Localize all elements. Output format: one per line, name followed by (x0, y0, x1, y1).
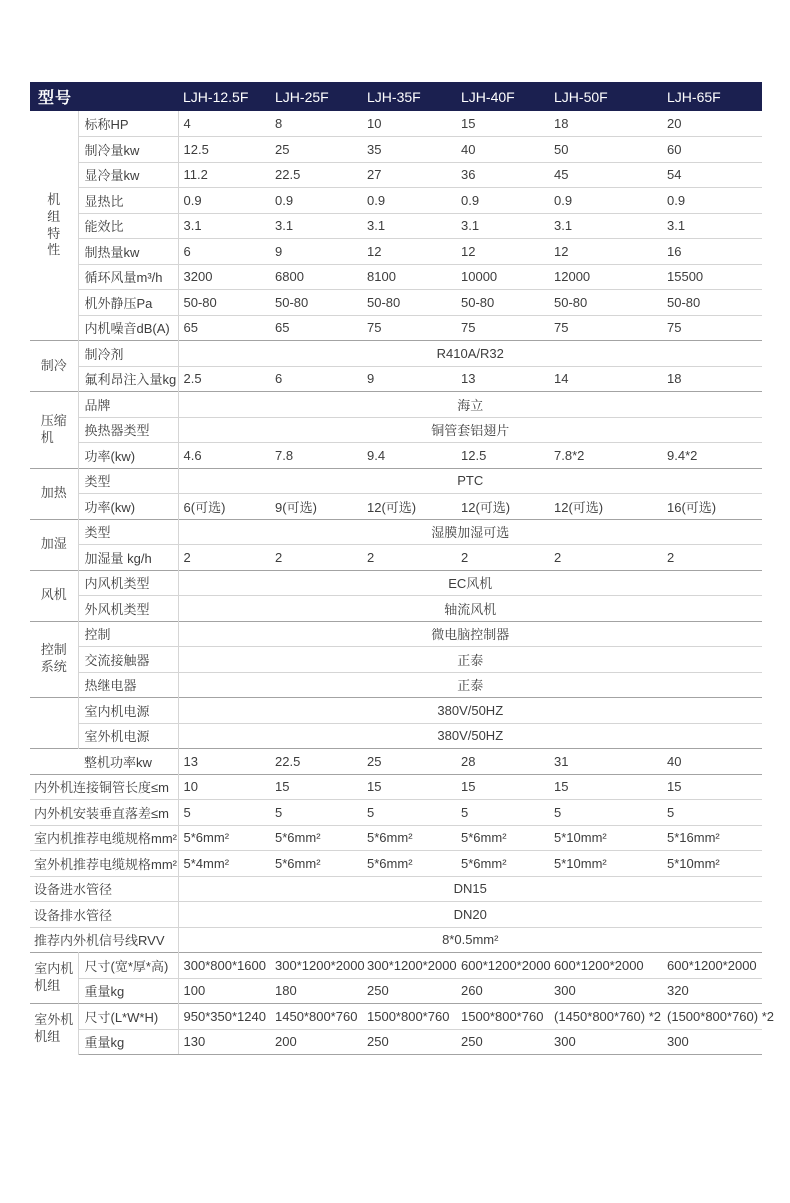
value-cell: 50-80 (270, 290, 362, 316)
value-cell: 250 (456, 1029, 549, 1055)
value-cell: 65 (270, 315, 362, 341)
value-cell: 5 (178, 800, 270, 826)
value-cell: 1500*800*760 (362, 1004, 456, 1030)
value-cell: 5 (362, 800, 456, 826)
value-cell: 50-80 (178, 290, 270, 316)
table-row: 风机内风机类型EC风机 (30, 570, 762, 596)
value-cell: 7.8*2 (549, 443, 662, 469)
value-cell: 5*16mm² (662, 825, 762, 851)
row-label: 重量kg (78, 1029, 178, 1055)
value-cell: 7.8 (270, 443, 362, 469)
value-cell: 54 (662, 162, 762, 188)
table-row: 显热比0.90.90.90.90.90.9 (30, 188, 762, 214)
value-cell: 15 (456, 774, 549, 800)
value-cell: 5 (270, 800, 362, 826)
value-cell: 12 (362, 239, 456, 265)
value-cell: 5*6mm² (270, 825, 362, 851)
value-cell: 300*1200*2000 (270, 953, 362, 979)
value-cell: 6 (178, 239, 270, 265)
value-cell: 13 (178, 749, 270, 775)
value-cell: 250 (362, 1029, 456, 1055)
model-header-cell: LJH-65F (662, 82, 762, 111)
value-cell: 5 (662, 800, 762, 826)
value-cell: 320 (662, 978, 762, 1004)
value-cell: 600*1200*2000 (549, 953, 662, 979)
value-cell: 75 (362, 315, 456, 341)
value-cell: 250 (362, 978, 456, 1004)
value-cell: 15 (549, 774, 662, 800)
value-cell: 0.9 (362, 188, 456, 214)
table-row: 室外机 机组尺寸(L*W*H)950*350*12401450*800*7601… (30, 1004, 762, 1030)
value-cell: 100 (178, 978, 270, 1004)
value-cell: 2 (549, 545, 662, 571)
group-cell: 控制 系统 (30, 621, 78, 698)
row-label: 热继电器 (78, 672, 178, 698)
group-label: 室内机 机组 (34, 961, 73, 995)
group-cell: 室内机 机组 (30, 953, 78, 1004)
value-cell: 0.9 (178, 188, 270, 214)
value-cell: 50-80 (362, 290, 456, 316)
row-label: 换热器类型 (78, 417, 178, 443)
model-header-cell: LJH-25F (270, 82, 362, 111)
model-header-cell: LJH-12.5F (178, 82, 270, 111)
value-cell: 9.4 (362, 443, 456, 469)
value-cell: 25 (362, 749, 456, 775)
value-cell: 12(可选) (362, 494, 456, 520)
row-label: 交流接触器 (78, 647, 178, 673)
table-row: 交流接触器正泰 (30, 647, 762, 673)
row-label: 显冷量kw (78, 162, 178, 188)
value-cell: 300 (662, 1029, 762, 1055)
span-value-cell: 正泰 (178, 672, 762, 698)
value-cell: 5 (456, 800, 549, 826)
value-cell: 1500*800*760 (456, 1004, 549, 1030)
value-cell: 300*800*1600 (178, 953, 270, 979)
span-value-cell: DN15 (178, 876, 762, 902)
row-label: 品牌 (78, 392, 178, 418)
row-label: 设备进水管径 (30, 876, 178, 902)
table-header: 型号 LJH-12.5F LJH-25F LJH-35F LJH-40F LJH… (30, 82, 762, 111)
value-cell: 5*4mm² (178, 851, 270, 877)
value-cell: 6800 (270, 264, 362, 290)
table-row: 控制 系统控制微电脑控制器 (30, 621, 762, 647)
row-label: 功率(kw) (78, 443, 178, 469)
row-label: 类型 (78, 468, 178, 494)
group-label: 室外机 机组 (34, 1012, 73, 1046)
header-row: 型号 LJH-12.5F LJH-25F LJH-35F LJH-40F LJH… (30, 82, 762, 111)
value-cell: 5*10mm² (662, 851, 762, 877)
table-row: 热继电器正泰 (30, 672, 762, 698)
row-label: 功率(kw) (78, 494, 178, 520)
table-row: 设备排水管径DN20 (30, 902, 762, 928)
table-body: 机 组 特 性标称HP4810151820制冷量kw12.52535405060… (30, 111, 762, 1055)
value-cell: 600*1200*2000 (662, 953, 762, 979)
value-cell: 27 (362, 162, 456, 188)
row-label: 内外机连接铜管长度≤m (30, 774, 178, 800)
value-cell: 5*6mm² (362, 825, 456, 851)
value-cell: 15 (270, 774, 362, 800)
value-cell: 2 (362, 545, 456, 571)
table-row: 制热量kw6912121216 (30, 239, 762, 265)
value-cell: 260 (456, 978, 549, 1004)
span-value-cell: 微电脑控制器 (178, 621, 762, 647)
row-label: 室内机电源 (78, 698, 178, 724)
value-cell: 600*1200*2000 (456, 953, 549, 979)
table-row: 氟利昂注入量kg2.569131418 (30, 366, 762, 392)
value-cell: 0.9 (270, 188, 362, 214)
value-cell: 2 (456, 545, 549, 571)
value-cell: 3.1 (662, 213, 762, 239)
group-label: 风机 (41, 587, 67, 604)
value-cell: 5*6mm² (362, 851, 456, 877)
table-row: 换热器类型铜管套铝翅片 (30, 417, 762, 443)
value-cell: 2 (178, 545, 270, 571)
value-cell: 18 (662, 366, 762, 392)
row-label: 整机功率kw (30, 749, 178, 775)
value-cell: 10000 (456, 264, 549, 290)
model-header-cell: LJH-40F (456, 82, 549, 111)
value-cell: 2 (662, 545, 762, 571)
row-label: 循环风量m³/h (78, 264, 178, 290)
value-cell: 16 (662, 239, 762, 265)
group-label: 机 组 特 性 (47, 192, 60, 260)
span-value-cell: EC风机 (178, 570, 762, 596)
value-cell: 12(可选) (456, 494, 549, 520)
value-cell: 15500 (662, 264, 762, 290)
value-cell: 3.1 (549, 213, 662, 239)
page: { "colors":{ "header_bg":"#1b2050", "hea… (0, 0, 790, 1203)
span-value-cell: 轴流风机 (178, 596, 762, 622)
row-label: 内风机类型 (78, 570, 178, 596)
row-label: 氟利昂注入量kg (78, 366, 178, 392)
value-cell: 14 (549, 366, 662, 392)
table-row: 压缩 机品牌海立 (30, 392, 762, 418)
row-label: 机外静压Pa (78, 290, 178, 316)
row-label: 重量kg (78, 978, 178, 1004)
table-row: 外风机类型轴流风机 (30, 596, 762, 622)
table-row: 加热类型PTC (30, 468, 762, 494)
value-cell: 1450*800*760 (270, 1004, 362, 1030)
value-cell: 0.9 (662, 188, 762, 214)
value-cell: 130 (178, 1029, 270, 1055)
value-cell: (1450*800*760) *2 (549, 1004, 662, 1030)
value-cell: 10 (178, 774, 270, 800)
value-cell: 300*1200*2000 (362, 953, 456, 979)
table-row: 功率(kw)4.67.89.412.57.8*29.4*2 (30, 443, 762, 469)
value-cell: 18 (549, 111, 662, 137)
value-cell: 5 (549, 800, 662, 826)
row-label: 控制 (78, 621, 178, 647)
table-row: 室内机电源380V/50HZ (30, 698, 762, 724)
table-row: 推荐内外机信号线RVV8*0.5mm² (30, 927, 762, 953)
value-cell: 31 (549, 749, 662, 775)
value-cell: 2.5 (178, 366, 270, 392)
span-value-cell: 正泰 (178, 647, 762, 673)
table-row: 机 组 特 性标称HP4810151820 (30, 111, 762, 137)
value-cell: 12(可选) (549, 494, 662, 520)
row-label: 内机噪音dB(A) (78, 315, 178, 341)
table-row: 功率(kw)6(可选)9(可选)12(可选)12(可选)12(可选)16(可选) (30, 494, 762, 520)
group-cell: 风机 (30, 570, 78, 621)
value-cell: 9.4*2 (662, 443, 762, 469)
value-cell: 13 (456, 366, 549, 392)
value-cell: 6 (270, 366, 362, 392)
value-cell: 12.5 (178, 137, 270, 163)
group-cell: 加热 (30, 468, 78, 519)
table-row: 内外机连接铜管长度≤m101515151515 (30, 774, 762, 800)
row-label: 制热量kw (78, 239, 178, 265)
group-cell: 加湿 (30, 519, 78, 570)
value-cell: 180 (270, 978, 362, 1004)
value-cell: 12.5 (456, 443, 549, 469)
span-value-cell: 8*0.5mm² (178, 927, 762, 953)
value-cell: 300 (549, 1029, 662, 1055)
span-value-cell: 海立 (178, 392, 762, 418)
value-cell: 12 (456, 239, 549, 265)
value-cell: 15 (456, 111, 549, 137)
value-cell: 5*6mm² (456, 825, 549, 851)
value-cell: 2 (270, 545, 362, 571)
value-cell: (1500*800*760) *2 (662, 1004, 762, 1030)
value-cell: 12 (549, 239, 662, 265)
value-cell: 300 (549, 978, 662, 1004)
table-row: 制冷量kw12.52535405060 (30, 137, 762, 163)
value-cell: 3200 (178, 264, 270, 290)
value-cell: 5*10mm² (549, 851, 662, 877)
value-cell: 0.9 (549, 188, 662, 214)
row-label: 加湿量 kg/h (78, 545, 178, 571)
value-cell: 20 (662, 111, 762, 137)
group-cell: 制冷 (30, 341, 78, 392)
value-cell: 3.1 (178, 213, 270, 239)
row-label: 尺寸(宽*厚*高) (78, 953, 178, 979)
table-row: 内外机安装垂直落差≤m555555 (30, 800, 762, 826)
row-label: 制冷剂 (78, 341, 178, 367)
group-cell: 压缩 机 (30, 392, 78, 469)
value-cell: 4 (178, 111, 270, 137)
table-row: 室外机电源380V/50HZ (30, 723, 762, 749)
value-cell: 3.1 (456, 213, 549, 239)
table-row: 能效比3.13.13.13.13.13.1 (30, 213, 762, 239)
spec-table-container: 型号 LJH-12.5F LJH-25F LJH-35F LJH-40F LJH… (30, 82, 762, 1055)
model-column-title: 型号 (30, 82, 178, 111)
value-cell: 50-80 (549, 290, 662, 316)
value-cell: 15 (662, 774, 762, 800)
table-row: 室外机推荐电缆规格mm²5*4mm²5*6mm²5*6mm²5*6mm²5*10… (30, 851, 762, 877)
table-row: 设备进水管径DN15 (30, 876, 762, 902)
row-label: 外风机类型 (78, 596, 178, 622)
row-label: 室外机电源 (78, 723, 178, 749)
value-cell: 5*10mm² (549, 825, 662, 851)
value-cell: 45 (549, 162, 662, 188)
value-cell: 10 (362, 111, 456, 137)
span-value-cell: 湿膜加湿可选 (178, 519, 762, 545)
group-label: 制冷 (41, 358, 67, 375)
span-value-cell: PTC (178, 468, 762, 494)
group-label: 压缩 机 (41, 413, 67, 447)
value-cell: 5*6mm² (270, 851, 362, 877)
group-label: 控制 系统 (41, 642, 67, 676)
value-cell: 12000 (549, 264, 662, 290)
table-row: 循环风量m³/h320068008100100001200015500 (30, 264, 762, 290)
group-label: 加湿 (41, 536, 67, 553)
value-cell: 35 (362, 137, 456, 163)
value-cell: 50-80 (456, 290, 549, 316)
group-cell: 机 组 特 性 (30, 111, 78, 341)
row-label: 标称HP (78, 111, 178, 137)
value-cell: 3.1 (362, 213, 456, 239)
table-row: 加湿量 kg/h222222 (30, 545, 762, 571)
table-row: 显冷量kw11.222.527364554 (30, 162, 762, 188)
value-cell: 200 (270, 1029, 362, 1055)
span-value-cell: 铜管套铝翅片 (178, 417, 762, 443)
table-row: 制冷制冷剂R410A/R32 (30, 341, 762, 367)
value-cell: 40 (456, 137, 549, 163)
model-header-cell: LJH-50F (549, 82, 662, 111)
span-value-cell: R410A/R32 (178, 341, 762, 367)
value-cell: 5*6mm² (178, 825, 270, 851)
row-label: 显热比 (78, 188, 178, 214)
value-cell: 9 (270, 239, 362, 265)
row-label: 类型 (78, 519, 178, 545)
value-cell: 40 (662, 749, 762, 775)
value-cell: 50 (549, 137, 662, 163)
row-label: 室外机推荐电缆规格mm² (30, 851, 178, 877)
value-cell: 22.5 (270, 162, 362, 188)
group-label: 加热 (41, 485, 67, 502)
row-label: 能效比 (78, 213, 178, 239)
value-cell: 65 (178, 315, 270, 341)
table-row: 室内机 机组尺寸(宽*厚*高)300*800*1600300*1200*2000… (30, 953, 762, 979)
value-cell: 75 (549, 315, 662, 341)
spec-table: 型号 LJH-12.5F LJH-25F LJH-35F LJH-40F LJH… (30, 82, 762, 1055)
table-row: 室内机推荐电缆规格mm²5*6mm²5*6mm²5*6mm²5*6mm²5*10… (30, 825, 762, 851)
value-cell: 60 (662, 137, 762, 163)
value-cell: 36 (456, 162, 549, 188)
row-label: 内外机安装垂直落差≤m (30, 800, 178, 826)
value-cell: 6(可选) (178, 494, 270, 520)
table-row: 加湿类型湿膜加湿可选 (30, 519, 762, 545)
value-cell: 8100 (362, 264, 456, 290)
value-cell: 9(可选) (270, 494, 362, 520)
value-cell: 0.9 (456, 188, 549, 214)
value-cell: 50-80 (662, 290, 762, 316)
model-header-cell: LJH-35F (362, 82, 456, 111)
value-cell: 11.2 (178, 162, 270, 188)
value-cell: 950*350*1240 (178, 1004, 270, 1030)
value-cell: 9 (362, 366, 456, 392)
span-value-cell: 380V/50HZ (178, 723, 762, 749)
table-row: 重量kg130200250250300300 (30, 1029, 762, 1055)
span-value-cell: 380V/50HZ (178, 698, 762, 724)
span-value-cell: DN20 (178, 902, 762, 928)
row-label: 制冷量kw (78, 137, 178, 163)
value-cell: 22.5 (270, 749, 362, 775)
value-cell: 16(可选) (662, 494, 762, 520)
value-cell: 8 (270, 111, 362, 137)
value-cell: 15 (362, 774, 456, 800)
value-cell: 5*6mm² (456, 851, 549, 877)
row-label: 尺寸(L*W*H) (78, 1004, 178, 1030)
group-cell (30, 698, 78, 749)
row-label: 推荐内外机信号线RVV (30, 927, 178, 953)
value-cell: 4.6 (178, 443, 270, 469)
group-cell: 室外机 机组 (30, 1004, 78, 1055)
table-row: 机外静压Pa50-8050-8050-8050-8050-8050-80 (30, 290, 762, 316)
value-cell: 28 (456, 749, 549, 775)
row-label: 设备排水管径 (30, 902, 178, 928)
row-label: 室内机推荐电缆规格mm² (30, 825, 178, 851)
value-cell: 75 (662, 315, 762, 341)
value-cell: 3.1 (270, 213, 362, 239)
value-cell: 75 (456, 315, 549, 341)
table-row: 内机噪音dB(A)656575757575 (30, 315, 762, 341)
table-row: 整机功率kw1322.525283140 (30, 749, 762, 775)
value-cell: 25 (270, 137, 362, 163)
table-row: 重量kg100180250260300320 (30, 978, 762, 1004)
